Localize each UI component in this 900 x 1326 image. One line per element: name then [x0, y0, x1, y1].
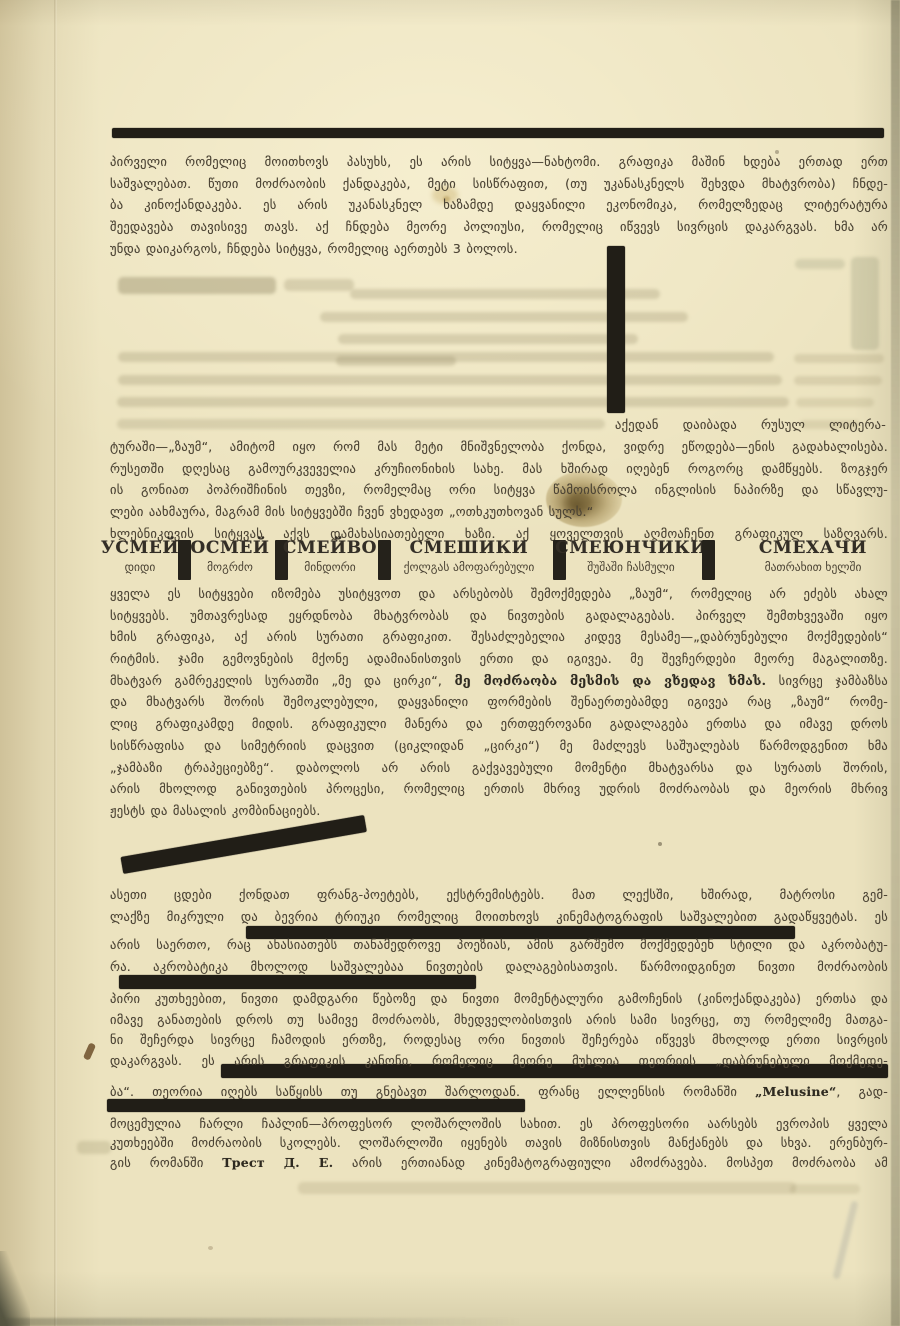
text-line: ლები აახმაურა, მაგრამ მის სიტყვებში ჩვენ… — [110, 501, 888, 523]
text-line: სისწრაფისა და სიმეტრიის დაცვით (ციკლიდან… — [110, 735, 888, 757]
laughter-word-label: მათრახით ხელში — [765, 560, 862, 575]
text-line: პირი კუთხეებით, ნივთი დამდგარი წებოზე და… — [110, 989, 888, 1010]
paragraph-6: პირი კუთხეებით, ნივთი დამდგარი წებოზე და… — [110, 989, 888, 1071]
paragraph-2-intro: აქედან დაიბადა რუსულ ლიტერა- — [615, 414, 886, 436]
showthrough-text — [794, 354, 884, 363]
showthrough-text — [118, 375, 782, 385]
page-edge-right — [891, 0, 900, 1326]
text-line: გის რომანში Трест Д. Е. არის ერთიანად კი… — [110, 1153, 888, 1172]
top-rule — [112, 128, 884, 138]
showthrough-mark — [832, 1200, 858, 1279]
showthrough-text — [298, 1182, 796, 1194]
text-line: რიტმის. ჯამი გემოვნების მქონე ადამიანისთ… — [110, 648, 888, 670]
paper-speck — [208, 1246, 213, 1250]
laughter-word-cell: СМЕХАЧИ მათრახით ხელში — [715, 538, 900, 580]
showthrough-text — [117, 397, 789, 407]
text-line: პირველი რომელიც მოითხოვს პასუხს, ეს არის… — [110, 151, 888, 173]
showthrough-headline — [284, 279, 354, 291]
text-line: ტურაში—„ზაუმ“, ამიტომ იყო რომ მას მეტი მ… — [110, 436, 888, 458]
showthrough-text — [336, 356, 456, 366]
censor-bar-vertical — [607, 246, 625, 413]
text-line: რუსეთში დღესაც გამოურკვეველია კრუჩიონიხი… — [110, 458, 888, 480]
laughter-word-cell: СМЕЙВО მინდორი — [288, 538, 391, 580]
censor-bar-slanted — [121, 815, 367, 874]
paragraph-5: არის საერთო, რაც ახასიათებს თანამედროვე … — [110, 934, 888, 977]
text-line: კუთხეებში მოძრაობის სკოლებს. ლოშარლოში ი… — [110, 1133, 888, 1152]
showthrough-bar — [77, 1141, 111, 1154]
text-line: ნი შეჩერდა სივრცე ჩამოდის ერთზე, როდესაც… — [110, 1030, 888, 1051]
laughter-word-label: მოგრძო — [207, 560, 253, 575]
text-line: სიტყვებს. უმთავრესად ეყრდნობა მხატვრობას… — [110, 605, 888, 627]
text-line: დაკარგვას. ეს არის გრაფიკის კანონი, რომე… — [110, 1051, 888, 1072]
laughter-word-label: დიდი — [125, 560, 156, 575]
scanned-journal-page: პირველი რომელიც მოითხოვს პასუხს, ეს არის… — [0, 0, 900, 1326]
binding-crease — [54, 0, 57, 1326]
word-divider-bar — [378, 540, 391, 580]
laughter-word-cell: УСМЕЙ დიდი — [108, 538, 191, 580]
text-line: და მხატვარს შორის შემოკლებული, დაყვანილი… — [110, 691, 888, 713]
showthrough-text — [118, 352, 774, 362]
text-line: ხმის გრაფიკა, აქ არის სურათი გრაფიკით. შ… — [110, 626, 888, 648]
text-line: მხატვარ გამრეკელის სურათში „მე და ცირკი“… — [110, 670, 888, 692]
paragraph-1: პირველი რომელიც მოითხოვს პასუხს, ეს არის… — [110, 151, 888, 259]
showthrough-headline — [118, 277, 276, 294]
laughter-word: СМЕХАЧИ — [759, 538, 867, 559]
page-bottom-edge — [0, 1318, 522, 1326]
text-line: ბა“. თეორია იღებს საწყისს თუ გნებავთ შარ… — [110, 1081, 888, 1103]
underline-bar-2 — [119, 975, 476, 989]
paragraph-4: ასეთი ცდები ქონდათ ფრანგ-პოეტებს, ექსტრე… — [110, 884, 888, 927]
text-line: შეედავება თავისივე თავს. აქ ჩნდება მეორე… — [110, 216, 888, 238]
showthrough-text — [796, 398, 874, 407]
text-line: ყველა ეს სიტყვები იზომება უსიტყვოთ და არ… — [110, 583, 888, 605]
laughter-word-cell: ОСМЕЙ მოგრძო — [191, 538, 288, 580]
showthrough-text — [790, 1184, 860, 1194]
ink-fleck — [83, 1042, 96, 1060]
paragraph-3: ყველა ეს სიტყვები იზომება უსიტყვოთ და არ… — [110, 583, 888, 822]
laughter-word: СМЕЙВО — [283, 538, 377, 559]
paragraph-8: მოცემულია ჩარლი ჩაპლინ—პროფესორ ლოშარლოშ… — [110, 1114, 888, 1172]
text-line: უნდა დაიკარგოს, ჩნდება სიტყვა, რომელიც ა… — [110, 238, 888, 260]
laughter-word: ОСМЕЙ — [190, 538, 269, 559]
laughter-word: СМЕЮНЧИКИ — [555, 538, 707, 559]
text-line: „ჯამბაზი ტრაპეციებზე“. დაბოლოს არ არის გ… — [110, 757, 888, 779]
laughter-word: СМЕШИКИ — [410, 538, 529, 559]
text-line: ჟესტს და მასალის კომბინაციებს. — [110, 800, 888, 822]
paper-speck — [658, 842, 662, 846]
paragraph-2: ტურაში—„ზაუმ“, ამიტომ იყო რომ მას მეტი მ… — [110, 436, 888, 544]
word-divider-bar — [702, 540, 715, 580]
text-line: ასეთი ცდები ქონდათ ფრანგ-პოეტებს, ექსტრე… — [110, 884, 888, 906]
laughter-word-label: ქოლგას ამოფარებული — [404, 560, 535, 575]
laughter-word: УСМЕЙ — [101, 538, 179, 559]
text-line: ის გონიათ პოპრიშჩინის თევზი, რომელმაც ორ… — [110, 479, 888, 501]
showthrough-text — [338, 334, 638, 344]
text-line: იმავე განათების დროს თუ სამივე მოძრაობს,… — [110, 1010, 888, 1031]
showthrough-bar — [795, 259, 845, 269]
showthrough-text — [117, 419, 605, 429]
text-line: საშვალებათ. წუთი მოძრაობის ქანდაკება, მე… — [110, 173, 888, 195]
text-line: რა. აკრობატიკა მხოლოდ საშვალებაა ნივთები… — [110, 956, 888, 978]
laughter-word-cell: СМЕЮНЧИКИ შუშაში ჩასმული — [566, 538, 715, 580]
text-line: ლიც გრაფიკამდე მიდის. გრაფიკული მანერა დ… — [110, 713, 888, 735]
showthrough-text — [794, 376, 882, 385]
text-line: ლაქზე მიკრული და ბევრია ტრიუკი რომელიც მ… — [110, 906, 888, 928]
text-line: ბა კინოქანდაკება. ეს არის უკანასკნელ ხაზ… — [110, 194, 888, 216]
laughter-word-label: მინდორი — [304, 560, 356, 575]
laughter-words-row: УСМЕЙ დიდი ОСМЕЙ მოგრძო СМЕЙВО მინდორი — [108, 538, 888, 580]
showthrough-text — [320, 312, 688, 322]
text-line: არის საერთო, რაც ახასიათებს თანამედროვე … — [110, 934, 888, 956]
showthrough-bar — [851, 257, 879, 350]
paragraph-7: ბა“. თეორია იღებს საწყისს თუ გნებავთ შარ… — [110, 1081, 888, 1103]
text-line: მოცემულია ჩარლი ჩაპლინ—პროფესორ ლოშარლოშ… — [110, 1114, 888, 1133]
page-corner-shadow — [0, 1251, 30, 1326]
laughter-word-label: შუშაში ჩასმული — [587, 560, 674, 575]
text-line: არის მხოლოდ განივთების პროცესი, რომელიც … — [110, 778, 888, 800]
laughter-word-cell: СМЕШИКИ ქოლგას ამოფარებული — [391, 538, 566, 580]
